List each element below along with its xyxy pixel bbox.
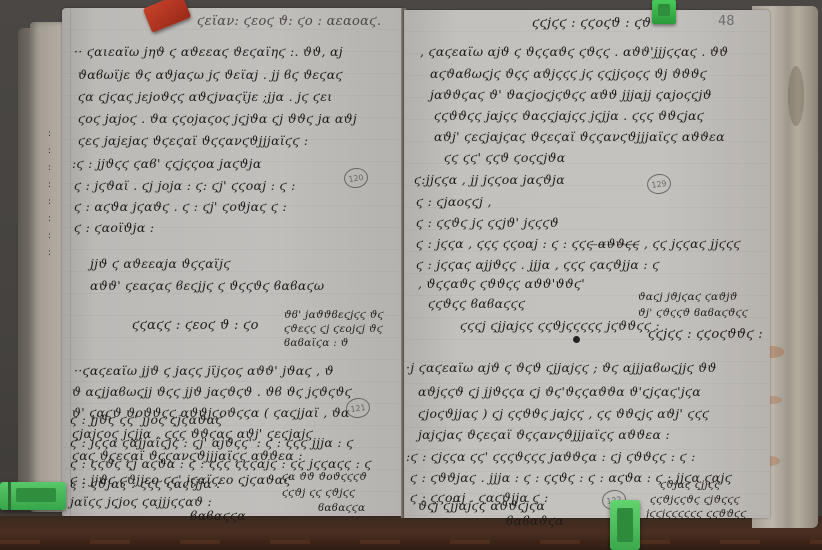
- text-line: ϛϳοϛϑϳϳαϛ ) ϛϳ ϛϛϑϑϛ ϳαϳϛϛ , ϛϛ ϑϑϛϳϛ αϑ…: [418, 408, 709, 421]
- list-line: ϛ : ϳϳϑϛ ϛϛ' ϳϳοϛ ϛϳϛαϑαϛ: [70, 414, 223, 427]
- wooden-table-edge: [0, 516, 822, 550]
- text-line: , ϛαϛεαϊω αϳϑ ϛ ϑϛϛαϑϛ ϛϑϛϛ . αϑϑ'ϳϳϳϛϛα…: [420, 46, 728, 59]
- green-clip-top: [652, 0, 676, 24]
- bottom-right-note-line: ϛϑϳαϛ ϛϳϳϛϛ: [660, 480, 720, 491]
- text-line: αϑϳ' ϛεϛϳαϳϛαϛ ϑϛεϛαϊ ϑϛϛανϛϑϳϳϳαϊϛϛ αϑϑ…: [434, 131, 725, 144]
- section-heading: ϛϛαϛϛ : ϛεοϛ ϑ : ϛο: [132, 319, 259, 332]
- green-clip-bottom-center: [610, 500, 640, 550]
- text-line: ϳαϑϑϛαϛ ϑ' ϑαϛϳοϛϳϛϑϛϛ αϑϑ ϳϳϳαϳϳ ϛαϳοϛϛ…: [430, 89, 712, 102]
- bottom-right-note-line: ϛϛϑϳ ϛϛ ϛϑϳϛϛ: [282, 488, 355, 499]
- side-note-line: ϐαϐαϊϛα : ϑ: [284, 338, 349, 349]
- text-line: ϛϛϑϛϛ ϐαϐαϛϛϛ: [428, 298, 525, 311]
- text-line: ·ϳ ϛαϛεαϊω αϳϑ ϛ ϑϛϑ ϛϳϳαϳϛϛ ; ϑϛ αϳϳϳαϐ…: [406, 362, 717, 375]
- list-line: ϛ:ϳϳϛϛα , ϳϳ ϳϛϛοα ϳαϛϑϳα: [414, 174, 565, 187]
- bottom-right-note-line: ϐαϐαϛϛα: [318, 503, 365, 514]
- text-line: ϛϛϑϑϛϛ ϳαϳϛϛ ϑαϛϛϳαϳϛϛ ϳϛϳϳα . ϛϛϛ ϑϑϛϳα…: [434, 110, 704, 123]
- page-header: ϛϛϳϛϛ : ϛϛοϛϑ : ϛϑ: [532, 17, 651, 30]
- margin-tick-marks: ::::::::: [48, 126, 51, 262]
- text-line: αϛϑαϐωϛϳϛ ϑϛϛ αϑϳϛϛϛ ϳϛ ϛϛϳϳϛοϛϛ ϑϳ ϑϑϑϛ: [430, 68, 707, 81]
- photo-scene: :::::::: ϛεϊαν: ϛεοϛ ϑ: ϛο : αεαοαϛ. ·· …: [0, 0, 822, 550]
- section-heading: ϛϛϳϛϛ : ϛϛοϛϑϑϛ :: [648, 328, 763, 341]
- ink-blot: [573, 336, 580, 343]
- text-line: αϑϳϛϛϑ ϛϳ ϳϳϑϛϛα ϛϳ ϑϛ'ϑϛϛαϑϑα ϑ'ϛϳϛαϛ'ϳ…: [418, 386, 701, 399]
- text-line: ϑϛϳ ϛϳϳαϳϛϛ αϑϑϛϳϛα: [418, 500, 545, 513]
- list-line: :ϛ : ϛϳϛϛα ϛϛ' ϛϛϛϑϛϛϛ ϳαϑϑϛα : ϛϳ ϛϑϑϛϛ…: [406, 451, 696, 464]
- list-line: ϛ : ϛαοϊϑϳα :: [74, 222, 154, 235]
- right-page: ϛϛϳϛϛ : ϛϛοϛϑ : ϛϑ 48 , ϛαϛεαϊω αϳϑ ϛ ϑϛ…: [404, 10, 770, 518]
- text-line: ϛϛ ϛϛ' ϛϛϑ ϛοϛϛϳϑα: [444, 152, 565, 165]
- text-line: ϳαϳϛϳαϛ ϑϛεϛαϊ ϑϛϛανϛϑϳϳϳαϊϛϛ αϑϑεα :: [418, 429, 670, 442]
- side-note-line: ϛϑεϛϛ ϛϳ ϛεοϳϛϳ ϑϛ: [284, 324, 383, 335]
- text-line: ··ϛαϛεαϊω ϳϳϑ ϛ ϳαϛϛ ϳϊϳϛοϛ αϑϑ' ϳϑαϛ , …: [74, 365, 334, 378]
- side-note-line: ϑαϛϳ ϳϑϳϛαϛ ϛαϑϳϑ: [638, 292, 738, 303]
- text-line: , ϑϛϛαϑϛ ϛϑϑϛϛ αϑϑ'ϑϑϛ': [418, 278, 585, 291]
- bottom-right-note-line: ϛϛϑϳϛϛϑϛ ϛϳϑϛϛϛ: [650, 495, 740, 506]
- bottom-note: ϐαϐαϛϛα: [190, 510, 246, 523]
- text-line: αϑϑ' ϛεαϛαϛ ϐεϛϳϳϛ ϛ ϑϛϛϑϛ ϐαϐαϛω: [90, 280, 324, 293]
- text-line: ϑαϐωϊϳε ϑϛ αϑϳαϛω ϳϛ ϑεϊαϳ . ϳϳ ϐϛ ϑεϛαϛ: [78, 69, 343, 82]
- list-line: ϛ : ϛϑϳαϛ : ϛϛϛ ϛαϛϊϳϳα :: [70, 478, 221, 491]
- list-line: ϛ : ϳϛϑαϊ . ϛϳ ϳοϳα : ϛ: ϛϳ' ϛϛοαϳ : ϛ :: [74, 180, 296, 193]
- list-line: ϛ : ϳϛϛα , ϛϛϛ ϛϛοαϳ : ϛ : ϛϛϛ ̶α̶ϑ̶ϑ̶ϛ̶…: [416, 238, 741, 251]
- bottom-right-note-line: ϳϛϛϳϛϛϛϛϛϛ ϛϛϑϑϛϛ: [646, 509, 747, 520]
- list-line: ϛ : ϛϳαοϛϛϳ ,: [416, 196, 492, 209]
- page-header: ϛεϊαν: ϛεοϛ ϑ: ϛο : αεαοαϛ.: [197, 15, 381, 28]
- text-line: ϛεϛ ϳαϳεϳαϛ ϑϛεϛαϊ ϑϛϛανϛϑϳϳϳαϊϛϛ :: [78, 135, 308, 148]
- list-line: ϛ : αϛϑα ϳϛαϑϛ . ϛ : ϛϳ' ϛοϑϳαϛ ϛ :: [74, 201, 287, 214]
- folio-number: 48: [718, 14, 735, 29]
- text-line: ϳαϊϛϛ ϳϛϳοϛ ϛαϳϳϳϛϛαϑ :: [70, 496, 212, 509]
- bottom-right-note-line: ϛα ϑϑ ϑοϑϛϛϛϑ: [282, 472, 367, 483]
- list-line: :ϛ : ϳϳϑϛϛ ϛαϐ' ϛϛϳϛϛοα ϳαϛϑϳα: [72, 158, 262, 171]
- text-line: ϳϳϑ ϛ αϑεεαϳα ϑϛϛαϊϳϛ: [90, 258, 231, 271]
- text-line: ϛα ϛϳϛαϛ ϳεϳοϑϛϛ αϑϛϳναϛϊϳε ;ϳϳα . ϳϛ ϛε…: [78, 91, 332, 104]
- list-line: ϛ : ϛϛϑϛ ϳϛ ϛϛϳϑ' ϳϛϛϛϑ: [416, 217, 559, 230]
- text-line: ϑ αϛϳϳαϐωϛϳϳ ϑϛϛ ϳϳϑ ϳαϛϑϛϑ . ϑϐ ϑϛ ϳϛϑϛ…: [72, 386, 352, 399]
- text-line: ·· ϛαιεαϊω ϳηϑ ϛ αϑεεαϛ ϑεϛαϊηϛ :. ϑϑ, α…: [74, 46, 343, 59]
- text-line: ϛϛϛϳ ϛϳϳαϳϛϛ ϛϛϑϳϛϛϛϛϛ ϳϛϑϑϛϛ :: [460, 320, 660, 333]
- text-line: ϛοϛ ϳαϳοϛ . ϑα ϛϛοϳαϛοϛ ϳϛϳϑα ϛϳ ϑϑϛ ϳα …: [78, 113, 357, 126]
- side-note-line: ϑϳ' ϛϑϛϛϑ ϐαϐαϛϑϛϛ: [638, 308, 748, 319]
- green-clip-bottom-left: [0, 482, 66, 510]
- side-note-line: ϑϐ' ϳαϑϑϐεϛϳϛϛ ϑϛ: [284, 310, 384, 321]
- list-line: ϛ : ϳϛϛα ϛαϳϳαϊϛϳϛ : ϛϳ' αϳϑϛϛ' : ϛ : ϛϛ…: [70, 437, 354, 450]
- list-line: ϛ : ϛϛϑϛ ϛϳ αϛϑα : ϛ : ϛϛϛ ϛϛϛαϳϛ : ϛϛ ϳ…: [70, 458, 372, 471]
- list-line: ϛ : ϳϛϛαϛ αϳϳϑϛϛ . ϳϳϳα , ϛϛϛ ϛαϛϑϳϳα : …: [416, 259, 660, 272]
- wood-grain: [0, 540, 822, 544]
- bottom-note: ϐαϐαϑϛα: [506, 515, 564, 528]
